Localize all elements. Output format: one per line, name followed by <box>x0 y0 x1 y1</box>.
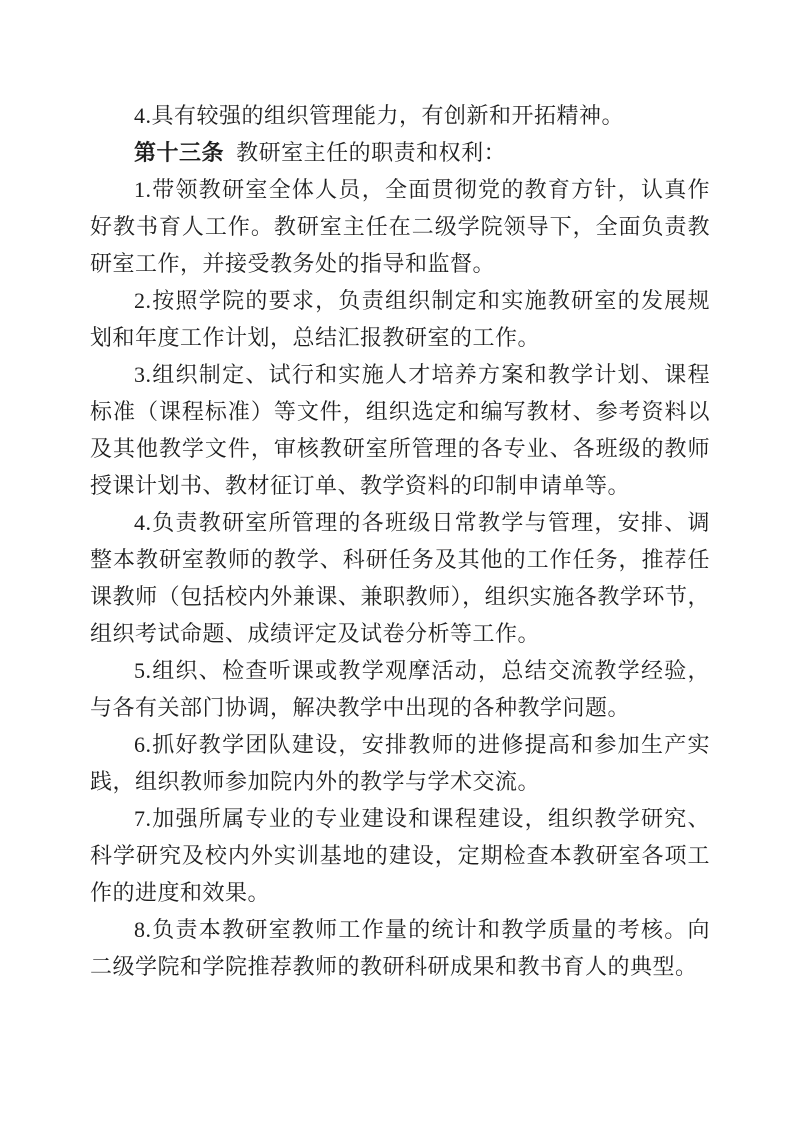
duty-paragraph-2: 2.按照学院的要求，负责组织制定和实施教研室的发展规划和年度工作计划，总结汇报教… <box>90 282 710 356</box>
duty-paragraph-7: 7.加强所属专业的专业建设和课程建设，组织教学研究、科学研究及校内外实训基地的建… <box>90 800 710 911</box>
clause-13-heading: 第十三条教研室主任的职责和权利： <box>90 134 710 171</box>
clause-number-label: 第十三条 <box>134 140 224 165</box>
paragraph-text: 2.按照学院的要求，负责组织制定和实施教研室的发展规划和年度工作计划，总结汇报教… <box>90 288 710 350</box>
document-page: 4.具有较强的组织管理能力，有创新和开拓精神。 第十三条教研室主任的职责和权利：… <box>0 0 794 1122</box>
paragraph-text: 5.组织、检查听课或教学观摩活动，总结交流教学经验，与各有关部门协调，解决教学中… <box>90 658 710 720</box>
paragraph-text: 4.负责教研室所管理的各班级日常教学与管理，安排、调整本教研室教师的教学、科研任… <box>90 510 710 646</box>
clause-title-text: 教研室主任的职责和权利： <box>236 140 506 165</box>
duty-paragraph-6: 6.抓好教学团队建设，安排教师的进修提高和参加生产实践，组织教师参加院内外的教学… <box>90 726 710 800</box>
paragraph-qualification-4: 4.具有较强的组织管理能力，有创新和开拓精神。 <box>90 97 710 134</box>
paragraph-text: 4.具有较强的组织管理能力，有创新和开拓精神。 <box>134 103 624 128</box>
paragraph-text: 8.负责本教研室教师工作量的统计和教学质量的考核。向二级学院和学院推荐教师的教研… <box>90 917 710 979</box>
document-content: 4.具有较强的组织管理能力，有创新和开拓精神。 第十三条教研室主任的职责和权利：… <box>90 97 710 985</box>
paragraph-text: 6.抓好教学团队建设，安排教师的进修提高和参加生产实践，组织教师参加院内外的教学… <box>90 732 710 794</box>
paragraph-text: 1.带领教研室全体人员，全面贯彻党的教育方针，认真作好教书育人工作。教研室主任在… <box>90 177 710 276</box>
duty-paragraph-4: 4.负责教研室所管理的各班级日常教学与管理，安排、调整本教研室教师的教学、科研任… <box>90 504 710 652</box>
paragraph-text: 7.加强所属专业的专业建设和课程建设，组织教学研究、科学研究及校内外实训基地的建… <box>90 806 710 905</box>
duty-paragraph-5: 5.组织、检查听课或教学观摩活动，总结交流教学经验，与各有关部门协调，解决教学中… <box>90 652 710 726</box>
duty-paragraph-1: 1.带领教研室全体人员，全面贯彻党的教育方针，认真作好教书育人工作。教研室主任在… <box>90 171 710 282</box>
paragraph-text: 3.组织制定、试行和实施人才培养方案和教学计划、课程标准（课程标准）等文件，组织… <box>90 362 710 498</box>
duty-paragraph-8: 8.负责本教研室教师工作量的统计和教学质量的考核。向二级学院和学院推荐教师的教研… <box>90 911 710 985</box>
duty-paragraph-3: 3.组织制定、试行和实施人才培养方案和教学计划、课程标准（课程标准）等文件，组织… <box>90 356 710 504</box>
